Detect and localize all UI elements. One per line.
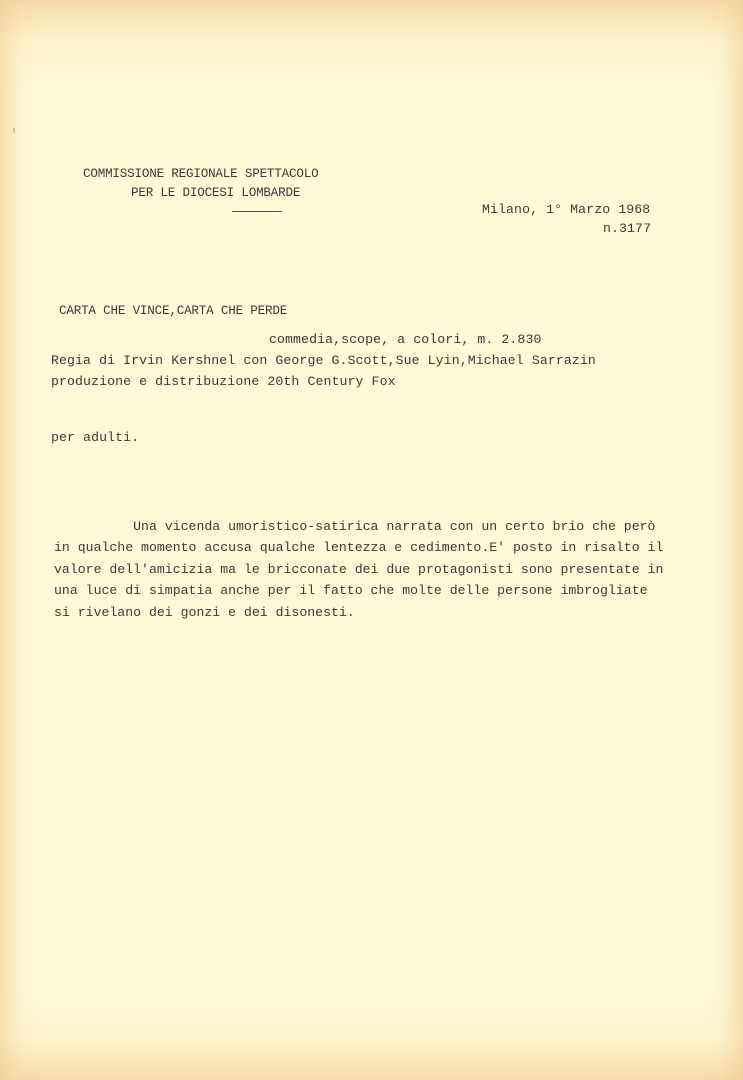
review-line: una luce di simpatia anche per il fatto … — [54, 580, 663, 601]
reference-number: n.3177 — [603, 220, 651, 238]
review-line: valore dell'amicizia ma le bricconate de… — [54, 559, 663, 580]
place-date: Milano, 1° Marzo 1968 — [482, 201, 650, 219]
review-line: si rivelano dei gonzi e dei disonesti. — [54, 602, 663, 623]
film-production-line: produzione e distribuzione 20th Century … — [51, 373, 396, 391]
film-genre-line: commedia,scope, a colori, m. 2.830 — [269, 331, 541, 349]
film-credits-line: Regia di Irvin Kershnel con George G.Sco… — [51, 352, 596, 370]
header-underline — [232, 211, 282, 212]
review-line: Una vicenda umoristico-satirica narrata … — [54, 516, 663, 537]
review-line: in qualche momento accusa qualche lentez… — [54, 537, 663, 558]
rating: per adulti. — [51, 429, 139, 447]
organization-line-2: PER LE DIOCESI LOMBARDE — [131, 184, 300, 202]
organization-line-1: COMMISSIONE REGIONALE SPETTACOLO — [83, 165, 318, 183]
document-page: COMMISSIONE REGIONALE SPETTACOLO PER LE … — [0, 0, 743, 1080]
paper-speck — [13, 128, 15, 133]
review-paragraph: Una vicenda umoristico-satirica narrata … — [54, 516, 663, 623]
film-title: CARTA CHE VINCE,CARTA CHE PERDE — [59, 302, 287, 320]
